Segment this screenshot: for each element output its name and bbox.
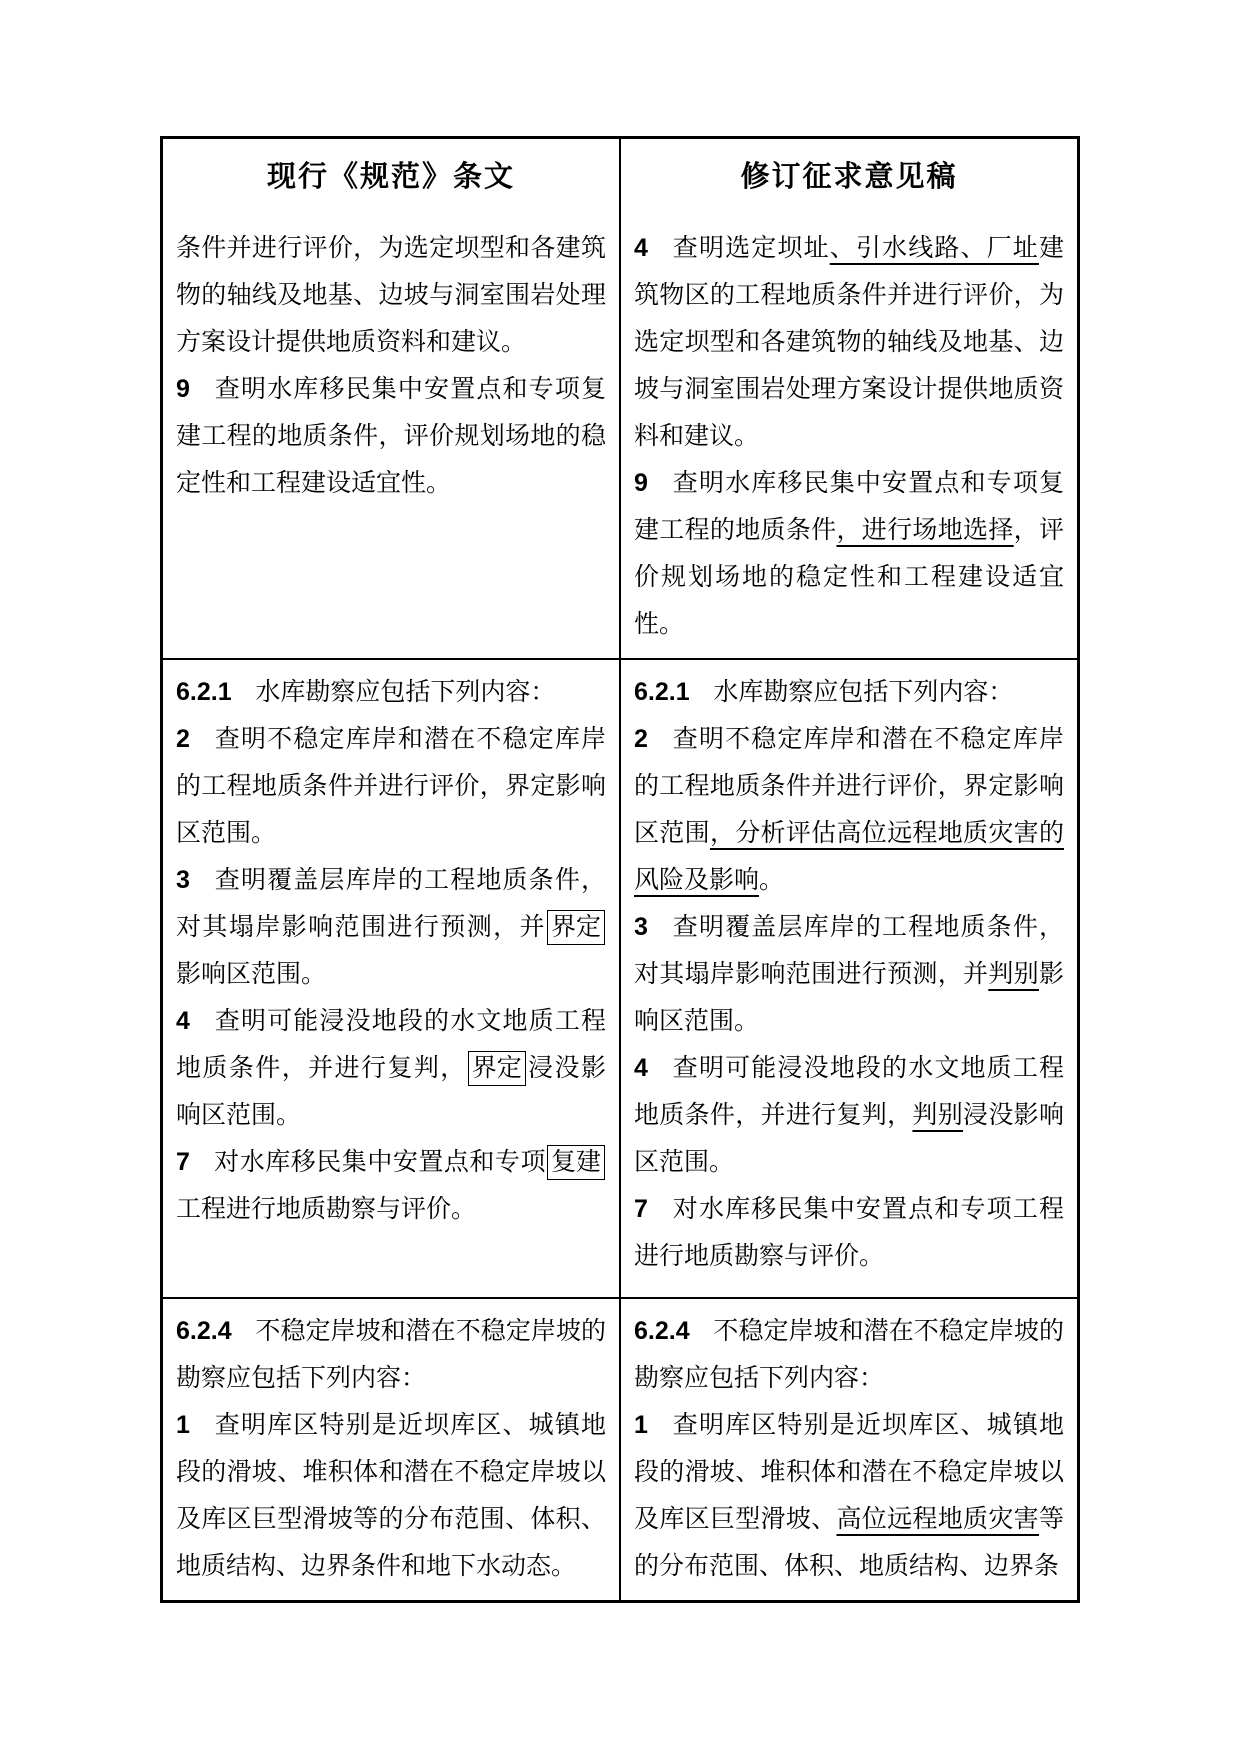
header-current-code: 现行《规范》条文: [163, 139, 619, 216]
clause-paragraph: 4查明可能浸没地段的水文地质工程地质条件，并进行复判，界定浸没影响区范围。: [176, 998, 606, 1139]
clause-text: 。: [759, 867, 784, 894]
clause-text: 建筑物区的工程地质条件并进行评价，为选定坝型和各建筑物的轴线及地基、边坡与洞室围…: [634, 235, 1064, 450]
clause-text: 查明库区特别是近坝库区、城镇地段的滑坡、堆积体和潜在不稳定岸坡以及库区巨型滑坡等…: [176, 1412, 606, 1580]
clause-text: 对水库移民集中安置点和专项: [214, 1149, 546, 1176]
item-number: 4: [634, 1054, 648, 1082]
clause-paragraph: 2查明不稳定库岸和潜在不稳定库岸的工程地质条件并进行评价，界定影响区范围，分析评…: [634, 716, 1064, 904]
underlined-insertion: 判别: [988, 961, 1039, 988]
cell-current-code: 6.2.4不稳定岸坡和潜在不稳定岸坡的勘察应包括下列内容：1查明库区特别是近坝库…: [163, 1299, 619, 1600]
revision-comparison-table: 现行《规范》条文 修订征求意见稿 条件并进行评价，为选定坝型和各建筑物的轴线及地…: [160, 136, 1080, 1603]
clause-paragraph: 4查明选定坝址、引水线路、厂址建筑物区的工程地质条件并进行评价，为选定坝型和各建…: [634, 225, 1064, 460]
clause-paragraph: 3查明覆盖层库岸的工程地质条件，对其塌岸影响范围进行预测，并界定影响区范围。: [176, 857, 606, 998]
boxed-term: 复建: [547, 1145, 605, 1180]
clause-text: 条件并进行评价，为选定坝型和各建筑物的轴线及地基、边坡与洞室围岩处理方案设计提供…: [176, 235, 606, 356]
cell-revision-draft: 4查明选定坝址、引水线路、厂址建筑物区的工程地质条件并进行评价，为选定坝型和各建…: [619, 216, 1077, 658]
table-row: 条件并进行评价，为选定坝型和各建筑物的轴线及地基、边坡与洞室围岩处理方案设计提供…: [163, 216, 1077, 658]
clause-text: 查明不稳定库岸和潜在不稳定库岸的工程地质条件并进行评价，界定影响区范围。: [176, 726, 606, 847]
clause-text: 不稳定岸坡和潜在不稳定岸坡的勘察应包括下列内容：: [634, 1318, 1064, 1392]
item-number: 4: [176, 1007, 190, 1035]
item-number: 6.2.4: [176, 1317, 232, 1345]
cell-revision-draft: 6.2.1水库勘察应包括下列内容：2查明不稳定库岸和潜在不稳定库岸的工程地质条件…: [619, 660, 1077, 1297]
clause-paragraph: 1查明库区特别是近坝库区、城镇地段的滑坡、堆积体和潜在不稳定岸坡以及库区巨型滑坡…: [634, 1402, 1064, 1590]
clause-paragraph: 6.2.1水库勘察应包括下列内容：: [634, 669, 1064, 716]
clause-paragraph: 6.2.4不稳定岸坡和潜在不稳定岸坡的勘察应包括下列内容：: [634, 1308, 1064, 1402]
clause-paragraph: 9查明水库移民集中安置点和专项复建工程的地质条件，评价规划场地的稳定性和工程建设…: [176, 366, 606, 507]
header-revision-draft: 修订征求意见稿: [619, 139, 1077, 216]
boxed-term: 界定: [547, 910, 605, 945]
table-body: 条件并进行评价，为选定坝型和各建筑物的轴线及地基、边坡与洞室围岩处理方案设计提供…: [163, 216, 1077, 1600]
item-number: 3: [176, 866, 190, 894]
underlined-insertion: 高位远程地质灾害: [836, 1506, 1038, 1533]
cell-revision-draft: 6.2.4不稳定岸坡和潜在不稳定岸坡的勘察应包括下列内容：1查明库区特别是近坝库…: [619, 1299, 1077, 1600]
item-number: 1: [634, 1411, 648, 1439]
clause-paragraph: 条件并进行评价，为选定坝型和各建筑物的轴线及地基、边坡与洞室围岩处理方案设计提供…: [176, 225, 606, 366]
item-number: 1: [176, 1411, 190, 1439]
clause-paragraph: 7对水库移民集中安置点和专项复建工程进行地质勘察与评价。: [176, 1139, 606, 1233]
table-row: 6.2.1水库勘察应包括下列内容：2查明不稳定库岸和潜在不稳定库岸的工程地质条件…: [163, 658, 1077, 1297]
item-number: 2: [634, 725, 648, 753]
item-number: 9: [634, 469, 648, 497]
clause-paragraph: 6.2.4不稳定岸坡和潜在不稳定岸坡的勘察应包括下列内容：: [176, 1308, 606, 1402]
boxed-term: 界定: [468, 1051, 526, 1086]
clause-paragraph: 4查明可能浸没地段的水文地质工程地质条件，并进行复判，判别浸没影响区范围。: [634, 1045, 1064, 1186]
clause-text: 对水库移民集中安置点和专项工程进行地质勘察与评价。: [634, 1196, 1064, 1270]
header-revision-draft-label: 修订征求意见稿: [740, 154, 957, 201]
clause-text: 查明选定坝址: [672, 235, 830, 262]
item-number: 6.2.4: [634, 1317, 690, 1345]
clause-text: 水库勘察应包括下列内容：: [713, 679, 1013, 706]
underlined-insertion: ，进行场地选择: [836, 517, 1013, 544]
clause-paragraph: 3查明覆盖层库岸的工程地质条件，对其塌岸影响范围进行预测，并判别影响区范围。: [634, 904, 1064, 1045]
document-page: 现行《规范》条文 修订征求意见稿 条件并进行评价，为选定坝型和各建筑物的轴线及地…: [0, 0, 1240, 1753]
clause-paragraph: 6.2.1水库勘察应包括下列内容：: [176, 669, 606, 716]
clause-text: 不稳定岸坡和潜在不稳定岸坡的勘察应包括下列内容：: [176, 1318, 606, 1392]
clause-text: 工程进行地质勘察与评价。: [176, 1196, 476, 1223]
cell-current-code: 6.2.1水库勘察应包括下列内容：2查明不稳定库岸和潜在不稳定库岸的工程地质条件…: [163, 660, 619, 1297]
table-row: 6.2.4不稳定岸坡和潜在不稳定岸坡的勘察应包括下列内容：1查明库区特别是近坝库…: [163, 1297, 1077, 1600]
item-number: 6.2.1: [176, 678, 232, 706]
item-number: 2: [176, 725, 190, 753]
item-number: 7: [176, 1148, 190, 1176]
table-header-row: 现行《规范》条文 修订征求意见稿: [163, 139, 1077, 216]
item-number: 9: [176, 375, 190, 403]
header-current-code-label: 现行《规范》条文: [267, 154, 515, 201]
item-number: 4: [634, 234, 648, 262]
clause-text: 查明水库移民集中安置点和专项复建工程的地质条件，评价规划场地的稳定性和工程建设适…: [176, 376, 606, 497]
clause-text: 影响区范围。: [176, 961, 326, 988]
item-number: 7: [634, 1195, 648, 1223]
underlined-insertion: 、引水线路、厂址: [830, 235, 1039, 262]
underlined-insertion: 判别: [912, 1102, 963, 1129]
clause-text: 查明覆盖层库岸的工程地质条件，对其塌岸影响范围进行预测，并: [176, 867, 606, 941]
clause-text: 水库勘察应包括下列内容：: [255, 679, 555, 706]
clause-paragraph: 2查明不稳定库岸和潜在不稳定库岸的工程地质条件并进行评价，界定影响区范围。: [176, 716, 606, 857]
item-number: 6.2.1: [634, 678, 690, 706]
clause-paragraph: 1查明库区特别是近坝库区、城镇地段的滑坡、堆积体和潜在不稳定岸坡以及库区巨型滑坡…: [176, 1402, 606, 1590]
item-number: 3: [634, 913, 648, 941]
cell-current-code: 条件并进行评价，为选定坝型和各建筑物的轴线及地基、边坡与洞室围岩处理方案设计提供…: [163, 216, 619, 658]
clause-paragraph: 7对水库移民集中安置点和专项工程进行地质勘察与评价。: [634, 1186, 1064, 1280]
clause-paragraph: 9查明水库移民集中安置点和专项复建工程的地质条件，进行场地选择，评价规划场地的稳…: [634, 460, 1064, 648]
